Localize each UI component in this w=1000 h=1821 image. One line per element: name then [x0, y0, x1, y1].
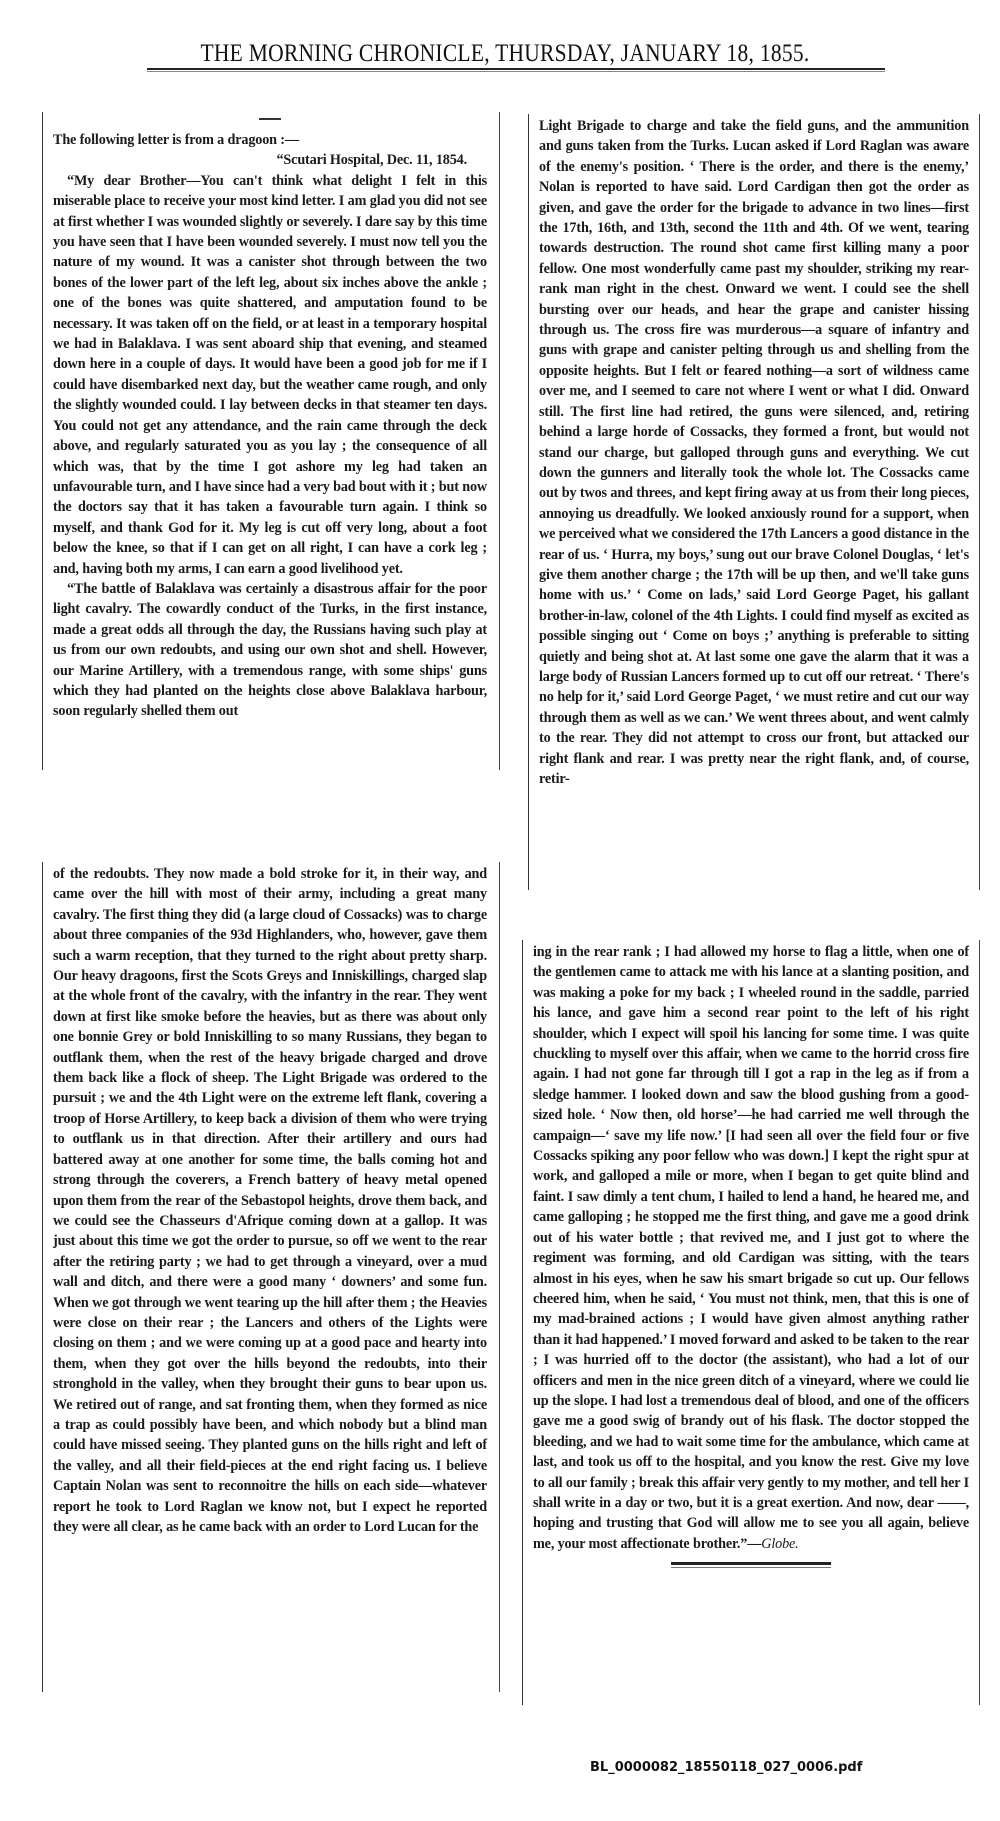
paragraph: ing in the rear rank ; I had allowed my … — [533, 944, 969, 1552]
masthead-title: THE MORNING CHRONICLE, THURSDAY, JANUARY… — [194, 40, 817, 68]
article-clip-3: Light Brigade to charge and take the fie… — [528, 114, 980, 890]
masthead-rule — [147, 68, 885, 70]
article-clip-2: of the redoubts. They now made a bold st… — [42, 862, 500, 1692]
article-dateline: “Scutari Hospital, Dec. 11, 1854. — [53, 150, 487, 170]
article-clip-1: The following letter is from a dragoon :… — [42, 112, 500, 770]
article-clip-4: ing in the rear rank ; I had allowed my … — [522, 940, 980, 1705]
paragraph: “My dear Brother—You can't think what de… — [53, 171, 487, 579]
source-signature: Globe. — [761, 1536, 798, 1552]
paragraph: of the redoubts. They now made a bold st… — [53, 864, 487, 1537]
separator-rule — [259, 118, 281, 120]
paragraph: “The battle of Balaklava was certainly a… — [53, 579, 487, 722]
paragraph: Light Brigade to charge and take the fie… — [539, 116, 969, 789]
end-rule — [671, 1562, 831, 1565]
article-intro: The following letter is from a dragoon :… — [53, 130, 487, 150]
file-name-label: BL_0000082_18550118_027_0006.pdf — [590, 1760, 862, 1775]
masthead-rule-thin — [147, 71, 885, 72]
end-rule-thin — [671, 1567, 831, 1568]
